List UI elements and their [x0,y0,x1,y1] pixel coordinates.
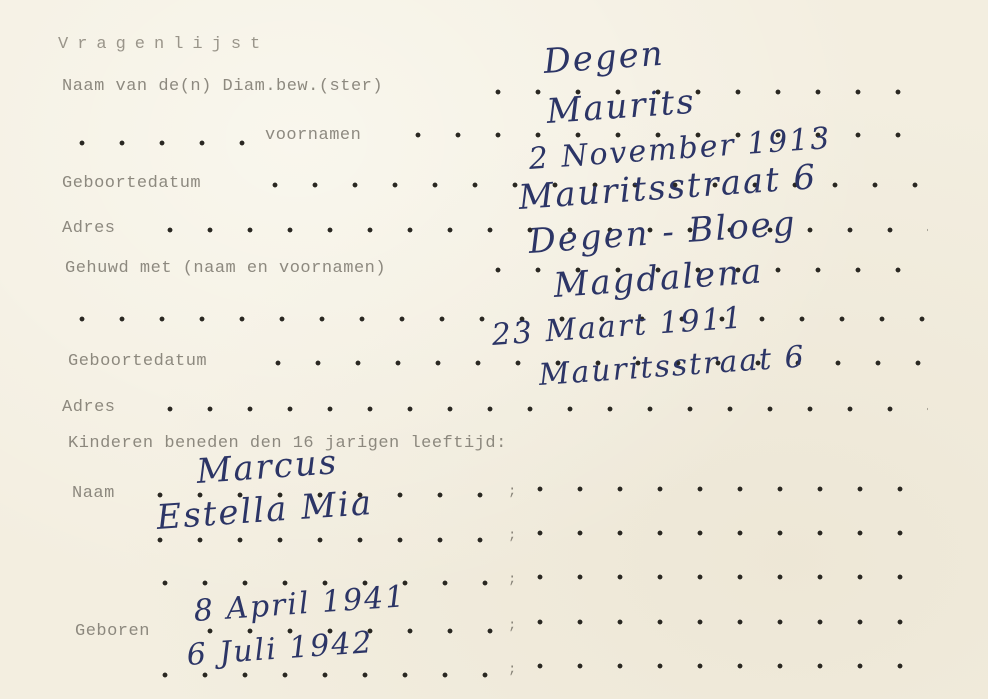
separator-mark: ; [508,484,516,500]
handwritten-child-birthdate-1[interactable]: 8 April 1941 [193,579,408,629]
handwritten-child-name-1[interactable]: Marcus [195,442,339,492]
dotted-line [520,530,930,536]
separator-mark: ; [508,528,516,544]
dotted-line [62,140,252,146]
dotted-line [145,672,505,678]
handwritten-surname[interactable]: Degen [542,34,666,82]
dotted-line [520,574,930,580]
handwritten-spouse-address[interactable]: Mauritsstraat 6 [538,339,807,393]
document-title: Vragenlijst [58,35,269,54]
dotted-line [520,486,930,492]
dotted-line [150,406,928,412]
document-page: Vragenlijst Naam van de(n) Diam.bew.(ste… [0,0,988,699]
field-label-surname: Naam van de(n) Diam.bew.(ster) [62,77,383,96]
separator-mark: ; [508,618,516,634]
field-label-spouse-birthdate: Geboortedatum [68,352,207,371]
field-label-married-to: Gehuwd met (naam en voornamen) [65,259,386,278]
handwritten-spouse-birthdate[interactable]: 23 Maart 1911 [491,300,745,353]
children-name-label: Naam [72,484,115,503]
separator-mark: ; [508,662,516,678]
dotted-line [520,663,930,669]
field-label-birthdate: Geboortedatum [62,174,201,193]
handwritten-spouse-firstname[interactable]: Magdalena [552,251,764,306]
separator-mark: ; [508,572,516,588]
field-label-address: Adres [62,219,116,238]
dotted-line [520,619,930,625]
field-label-firstnames: voornamen [265,126,361,145]
field-label-spouse-address: Adres [62,398,116,417]
children-born-label: Geboren [75,622,150,641]
dotted-line [140,537,505,543]
